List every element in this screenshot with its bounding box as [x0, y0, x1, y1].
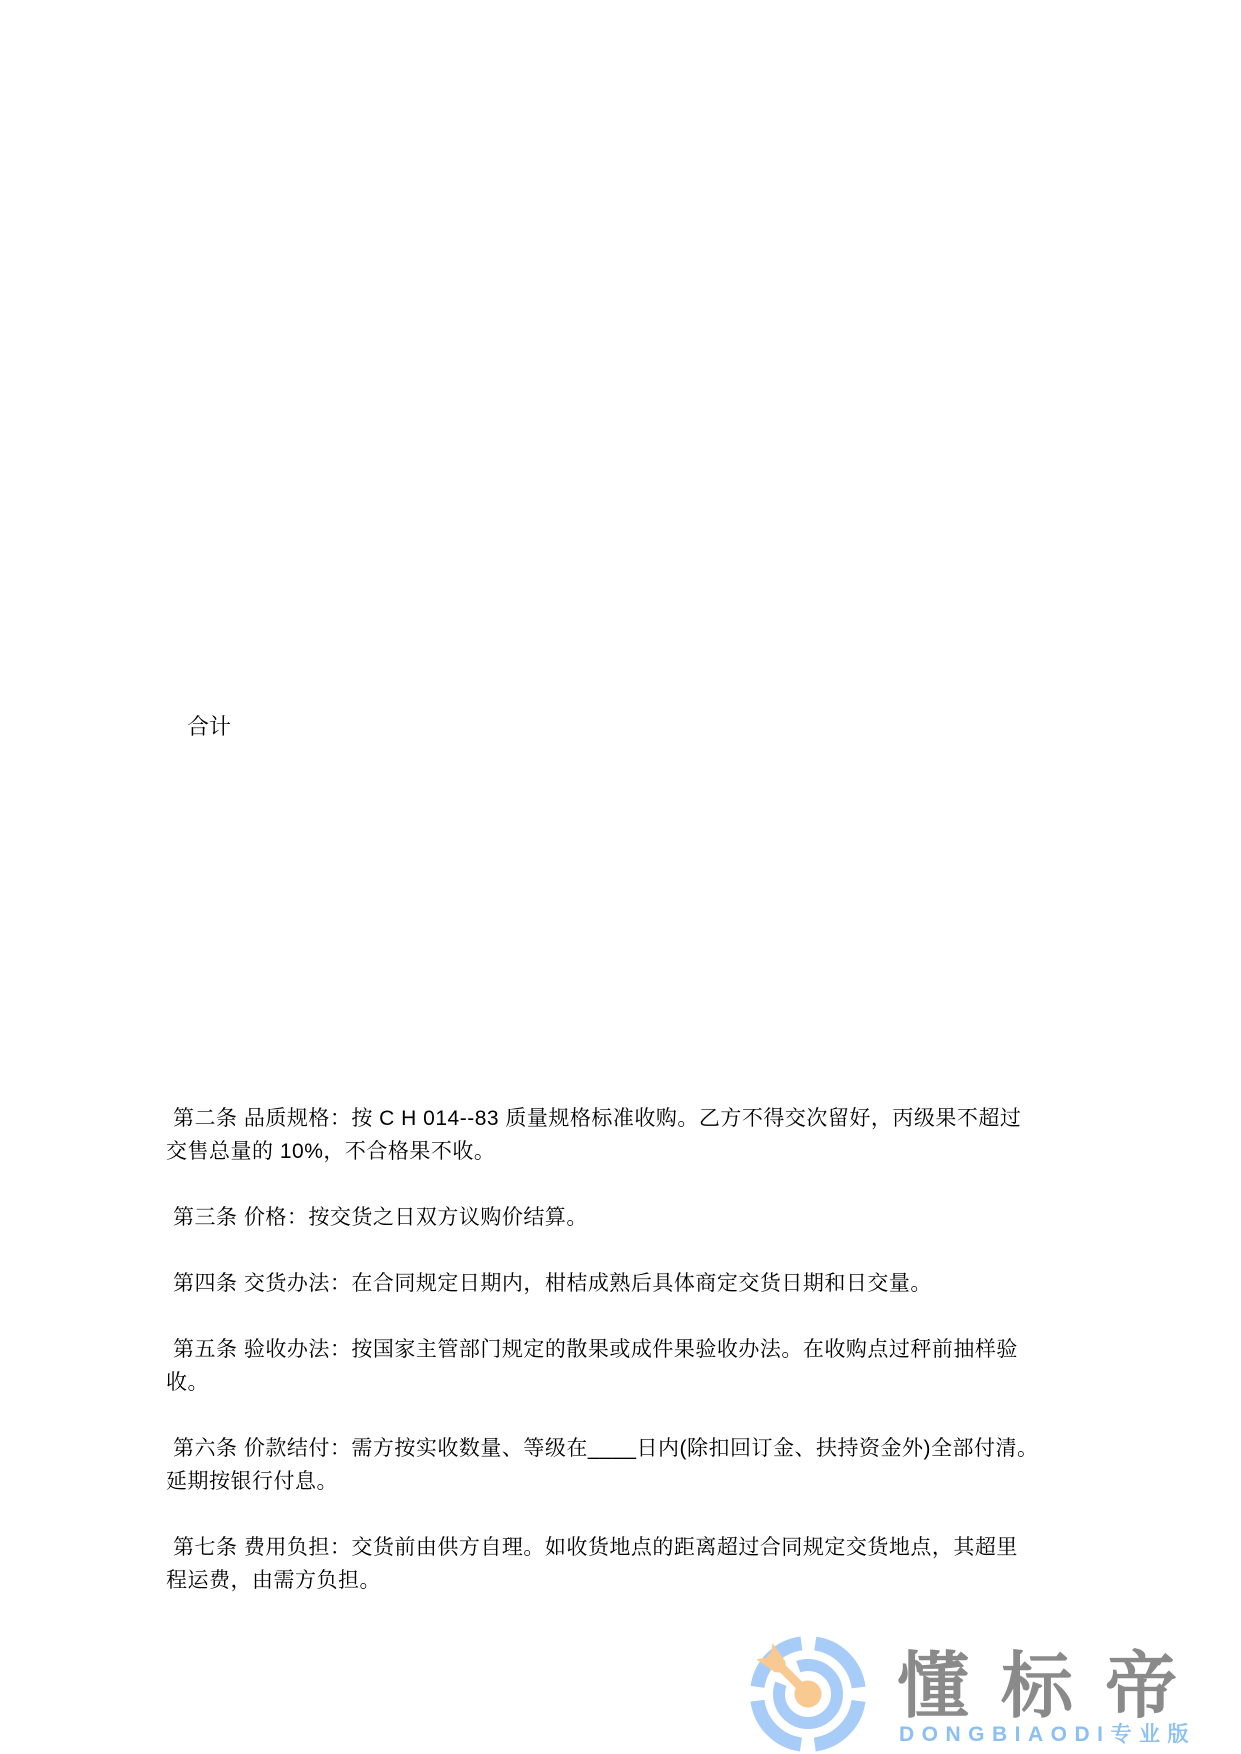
contract-line: 第五条 验收办法：按国家主管部门规定的散果或成件果验收办法。在收购点过秤前抽样验	[166, 1333, 1096, 1366]
contract-line: 第三条 价格：按交货之日双方议购价结算。	[166, 1201, 1096, 1234]
contract-line: 第六条 价款结付：需方按实收数量、等级在____日内(除扣回订金、扶持资金外)全…	[166, 1432, 1096, 1465]
contract-line: 第七条 费用负担：交货前由供方自理。如收货地点的距离超过合同规定交货地点，其超里	[166, 1531, 1096, 1564]
contract-paragraph-clause-6: 第六条 价款结付：需方按实收数量、等级在____日内(除扣回订金、扶持资金外)全…	[166, 1432, 1096, 1498]
contract-paragraph-clause-5: 第五条 验收办法：按国家主管部门规定的散果或成件果验收办法。在收购点过秤前抽样验…	[166, 1333, 1096, 1399]
contract-line: 延期按银行付息。	[166, 1465, 1096, 1498]
contract-line: 第二条 品质规格：按 C H 014--83 质量规格标准收购。乙方不得交次留好…	[166, 1102, 1096, 1135]
target-arrow-icon	[748, 1634, 868, 1754]
contract-body: 第二条 品质规格：按 C H 014--83 质量规格标准收购。乙方不得交次留好…	[166, 1102, 1096, 1630]
contract-paragraph-clause-7: 第七条 费用负担：交货前由供方自理。如收货地点的距离超过合同规定交货地点，其超里…	[166, 1531, 1096, 1597]
contract-paragraph-clause-2: 第二条 品质规格：按 C H 014--83 质量规格标准收购。乙方不得交次留好…	[166, 1102, 1096, 1168]
contract-line: 第四条 交货办法：在合同规定日期内，柑桔成熟后具体商定交货日期和日交量。	[166, 1267, 1096, 1300]
contract-paragraph-clause-4: 第四条 交货办法：在合同规定日期内，柑桔成熟后具体商定交货日期和日交量。	[166, 1267, 1096, 1300]
watermark-brand-name: 懂标帝	[897, 1645, 1209, 1729]
contract-line: 交售总量的 10%，不合格果不收。	[166, 1135, 1096, 1168]
contract-paragraph-clause-3: 第三条 价格：按交货之日双方议购价结算。	[166, 1201, 1096, 1234]
total-label: 合计	[187, 712, 231, 742]
contract-line: 收。	[166, 1366, 1096, 1399]
watermark-brand-subtitle: DONGBIAODI专业版	[899, 1722, 1196, 1748]
contract-line: 程运费，由需方负担。	[166, 1564, 1096, 1597]
